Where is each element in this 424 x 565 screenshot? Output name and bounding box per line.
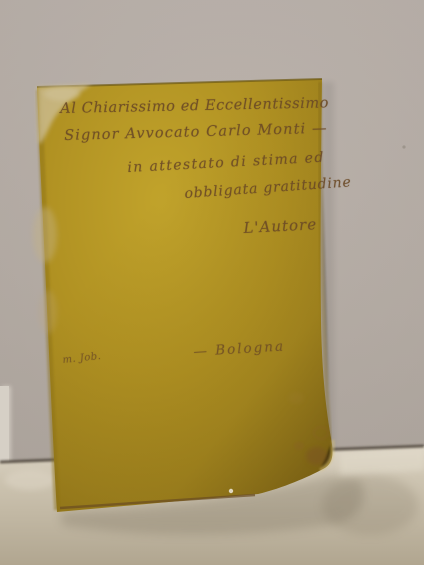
worn-left-edge-patch [39, 290, 57, 334]
book-cover-shading [37, 79, 332, 512]
inscription-signature: L'Autore [243, 215, 318, 237]
book-photo-scene [0, 0, 424, 565]
faint-stain [288, 392, 304, 404]
worn-top-edge-chip [44, 87, 80, 101]
wall-speck [402, 145, 405, 148]
worn-left-edge-patch [33, 207, 57, 263]
photo-of-book: Al Chiarissimo ed Eccellentissimo Signor… [0, 0, 424, 565]
corner-cast-shadow [322, 475, 418, 535]
brown-stain-large [306, 447, 328, 465]
white-speck [229, 489, 233, 493]
stain-spot [294, 442, 304, 450]
floor-light-patch [5, 470, 55, 490]
book [33, 79, 333, 512]
